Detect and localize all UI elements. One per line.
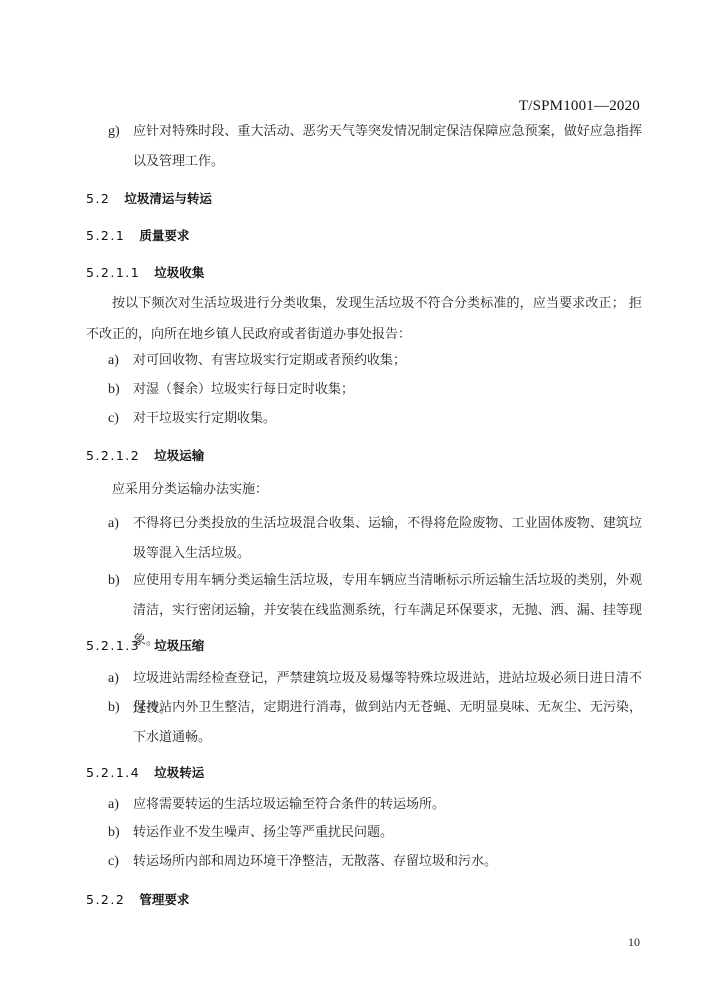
page-number: 10	[628, 935, 640, 950]
list-item: a) 不得将已分类投放的生活垃圾混合收集、运输，不得将危险废物、工业固体废物、建…	[108, 509, 642, 569]
list-item: b) 转运作业不发生噪声、扬尘等严重扰民问题。	[108, 818, 642, 848]
list-item: b) 对湿（餐余）垃圾实行每日定时收集；	[108, 375, 642, 405]
list-item: b) 保持站内外卫生整洁，定期进行消毒，做到站内无苍蝇、无明显臭味、无灰尘、无污…	[108, 693, 642, 753]
list-text: 转运场所内部和周边环境干净整洁，无散落、存留垃圾和污水。	[133, 847, 642, 877]
list-marker: c)	[108, 847, 119, 877]
list-text: 应将需要转运的生活垃圾运输至符合条件的转运场所。	[133, 790, 642, 820]
list-item: c) 转运场所内部和周边环境干净整洁，无散落、存留垃圾和污水。	[108, 847, 642, 877]
section-heading-5-2-1-2: 5.2.1.2垃圾运输	[86, 446, 204, 464]
section-number: 5.2.1.3	[86, 638, 140, 653]
section-title: 垃圾压缩	[154, 638, 204, 653]
list-text: 转运作业不发生噪声、扬尘等严重扰民问题。	[133, 818, 642, 848]
list-marker: b)	[108, 818, 120, 848]
list-item-g: g) 应针对特殊时段、重大活动、恶劣天气等突发情况制定保洁保障应急预案，做好应急…	[108, 117, 642, 177]
list-marker: g)	[108, 117, 120, 147]
section-heading-5-2-1-4: 5.2.1.4垃圾转运	[86, 763, 204, 781]
list-marker: a)	[108, 664, 119, 694]
section-number: 5.2.1	[86, 228, 125, 243]
section-heading-5-2: 5.2垃圾清运与转运	[86, 189, 212, 207]
section-title: 管理要求	[139, 892, 189, 907]
list-text: 对湿（餐余）垃圾实行每日定时收集；	[133, 375, 642, 405]
list-marker: b)	[108, 693, 120, 723]
list-text: 对可回收物、有害垃圾实行定期或者预约收集；	[133, 346, 642, 376]
section-number: 5.2	[86, 191, 110, 206]
section-title: 垃圾收集	[154, 265, 204, 280]
document-id-header: T/SPM1001—2020	[519, 98, 640, 115]
list-marker: b)	[108, 375, 120, 405]
list-item: a) 应将需要转运的生活垃圾运输至符合条件的转运场所。	[108, 790, 642, 820]
section-heading-5-2-1-3: 5.2.1.3垃圾压缩	[86, 636, 204, 654]
section-title: 垃圾转运	[154, 765, 204, 780]
list-item: c) 对干垃圾实行定期收集。	[108, 404, 642, 434]
section-number: 5.2.1.1	[86, 265, 140, 280]
list-marker: a)	[108, 509, 119, 539]
list-text: 应针对特殊时段、重大活动、恶劣天气等突发情况制定保洁保障应急预案，做好应急指挥以…	[133, 117, 642, 177]
section-heading-5-2-1: 5.2.1质量要求	[86, 226, 189, 244]
section-title: 垃圾清运与转运	[124, 191, 212, 206]
paragraph-collection-intro: 按以下频次对生活垃圾进行分类收集，发现生活垃圾不符合分类标准的，应当要求改正； …	[86, 288, 642, 350]
list-marker: a)	[108, 790, 119, 820]
list-item: a) 对可回收物、有害垃圾实行定期或者预约收集；	[108, 346, 642, 376]
paragraph-transport-intro: 应采用分类运输办法实施：	[86, 474, 642, 505]
section-number: 5.2.2	[86, 892, 125, 907]
list-marker: a)	[108, 346, 119, 376]
section-heading-5-2-2: 5.2.2管理要求	[86, 890, 189, 908]
section-title: 质量要求	[139, 228, 189, 243]
list-text: 应使用专用车辆分类运输生活垃圾，专用车辆应当清晰标示所运输生活垃圾的类别，外观清…	[133, 566, 642, 656]
section-title: 垃圾运输	[154, 448, 204, 463]
list-text: 保持站内外卫生整洁，定期进行消毒，做到站内无苍蝇、无明显臭味、无灰尘、无污染，下…	[133, 693, 642, 753]
list-marker: b)	[108, 566, 120, 596]
list-text: 不得将已分类投放的生活垃圾混合收集、运输，不得将危险废物、工业固体废物、建筑垃圾…	[133, 509, 642, 569]
list-text: 对干垃圾实行定期收集。	[133, 404, 642, 434]
document-page: T/SPM1001—2020 g) 应针对特殊时段、重大活动、恶劣天气等突发情况…	[0, 0, 706, 1000]
section-heading-5-2-1-1: 5.2.1.1垃圾收集	[86, 263, 204, 281]
section-number: 5.2.1.2	[86, 448, 140, 463]
list-marker: c)	[108, 404, 119, 434]
section-number: 5.2.1.4	[86, 765, 140, 780]
